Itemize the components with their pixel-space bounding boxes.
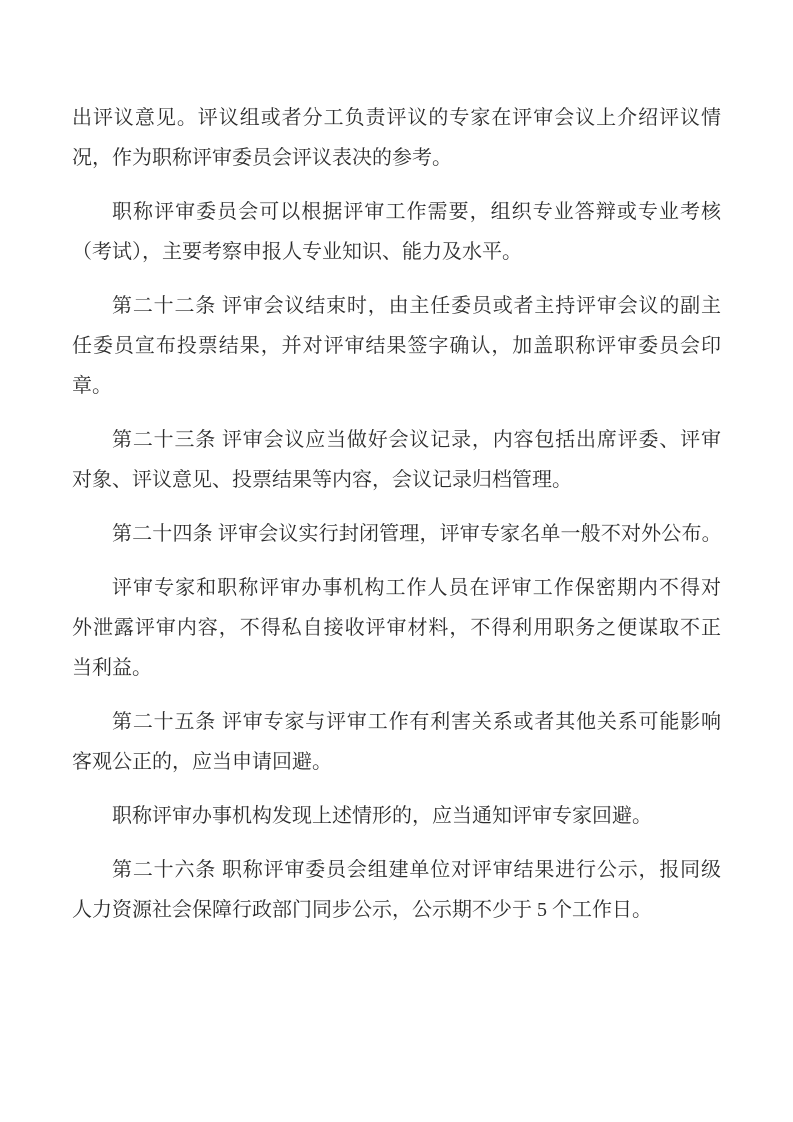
- paragraph-confidentiality: 评审专家和职称评审办事机构工作人员在评审工作保密期内不得对 外泄露评审内容，不得…: [72, 568, 721, 688]
- text-line: （考试），主要考察申报人专业知识、能力及水平。: [72, 232, 721, 272]
- text-line: 评审专家和职称评审办事机构工作人员在评审工作保密期内不得对: [72, 568, 721, 608]
- text-line: 外泄露评审内容，不得私自接收评审材料，不得利用职务之便谋取不正: [72, 608, 721, 648]
- paragraph-article-22: 第二十二条 评审会议结束时，由主任委员或者主持评审会议的副主 任委员宣布投票结果…: [72, 286, 721, 406]
- text-line: 第二十四条 评审会议实行封闭管理，评审专家名单一般不对外公布。: [72, 514, 721, 554]
- text-line: 当利益。: [72, 648, 721, 688]
- paragraph-evaluation-opinion-continued: 出评议意见。评议组或者分工负责评议的专家在评审会议上介绍评议情 况，作为职称评审…: [72, 98, 721, 178]
- text-line: 客观公正的，应当申请回避。: [72, 742, 721, 782]
- paragraph-article-26: 第二十六条 职称评审委员会组建单位对评审结果进行公示，报同级 人力资源社会保障行…: [72, 850, 721, 930]
- text-line: 章。: [72, 366, 721, 406]
- text-line: 对象、评议意见、投票结果等内容，会议记录归档管理。: [72, 460, 721, 500]
- text-line: 第二十六条 职称评审委员会组建单位对评审结果进行公示，报同级: [72, 850, 721, 890]
- text-line: 任委员宣布投票结果，并对评审结果签字确认，加盖职称评审委员会印: [72, 326, 721, 366]
- text-line: 人力资源社会保障行政部门同步公示，公示期不少于 5 个工作日。: [72, 890, 721, 930]
- paragraph-article-24: 第二十四条 评审会议实行封闭管理，评审专家名单一般不对外公布。: [72, 514, 721, 554]
- text-line: 第二十二条 评审会议结束时，由主任委员或者主持评审会议的副主: [72, 286, 721, 326]
- text-line: 职称评审办事机构发现上述情形的，应当通知评审专家回避。: [72, 796, 721, 836]
- text-line: 况，作为职称评审委员会评议表决的参考。: [72, 138, 721, 178]
- text-line: 第二十三条 评审会议应当做好会议记录，内容包括出席评委、评审: [72, 420, 721, 460]
- paragraph-article-23: 第二十三条 评审会议应当做好会议记录，内容包括出席评委、评审 对象、评议意见、投…: [72, 420, 721, 500]
- paragraph-defense-assessment: 职称评审委员会可以根据评审工作需要，组织专业答辩或专业考核 （考试），主要考察申…: [72, 192, 721, 272]
- text-line: 出评议意见。评议组或者分工负责评议的专家在评审会议上介绍评议情: [72, 98, 721, 138]
- paragraph-recusal-notification: 职称评审办事机构发现上述情形的，应当通知评审专家回避。: [72, 796, 721, 836]
- document-page: 出评议意见。评议组或者分工负责评议的专家在评审会议上介绍评议情 况，作为职称评审…: [0, 0, 793, 1122]
- text-line: 第二十五条 评审专家与评审工作有利害关系或者其他关系可能影响: [72, 702, 721, 742]
- paragraph-article-25: 第二十五条 评审专家与评审工作有利害关系或者其他关系可能影响 客观公正的，应当申…: [72, 702, 721, 782]
- text-line: 职称评审委员会可以根据评审工作需要，组织专业答辩或专业考核: [72, 192, 721, 232]
